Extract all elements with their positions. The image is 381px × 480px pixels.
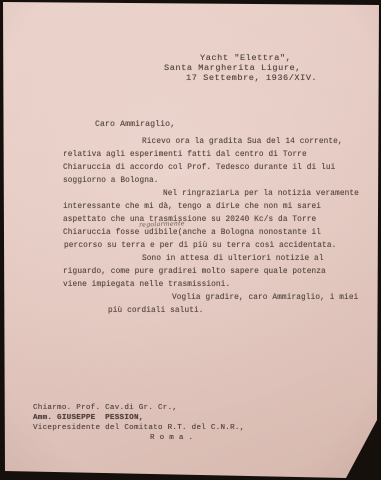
typed-line: percorso su terra e per di più su terra … [64,242,336,250]
salutation: Caro Ammiraglio, [95,120,175,129]
typed-line: Chiaruccia di accordo col Prof. Tedesco … [63,164,335,172]
typed-line: soggiorno a Bologna. [63,177,159,185]
typed-line: Ricevo ora la gradita Sua del 14 corrent… [142,138,343,146]
typed-line: Chiaruccia fosse udibile(anche a Bologna… [63,229,321,237]
letterhead-date: 17 Settembre, 1936/XIV. [186,73,317,83]
typed-line: Voglia gradire, caro Ammiraglio, i miei [172,294,358,302]
recipient-role: Vicepresidente del Comitato R.T. del C.N… [33,424,245,432]
typed-line: Nel ringraziarLa per la notizia verament… [163,190,359,198]
letterhead-yacht: Yacht "Elettra", [200,53,291,63]
handwritten-insertion: regolarmente [139,220,185,229]
typed-line: più cordiali saluti. [108,307,204,315]
typed-line: aspettato che una trasmissione su 20240 … [63,216,316,224]
typed-line: Sono in attesa di ulteriori notizie al [142,255,324,263]
typed-line: viene impiegata nelle trasmissioni. [63,281,230,289]
typed-line: relativa agli esperimenti fatti dal cent… [63,151,307,159]
recipient-name: Amm. GIUSEPPE PESSION, [33,414,144,422]
typed-line: interessante che mi dà, tengo a dirLe ch… [63,203,321,211]
recipient-city: R o m a . [150,434,193,442]
letterhead-place: Santa Margherita Ligure, [164,63,301,73]
photo-background: Yacht "Elettra", Santa Margherita Ligure… [0,0,381,480]
letter-paper: Yacht "Elettra", Santa Margherita Ligure… [0,0,381,480]
recipient-title: Chiarmo. Prof. Cav.di Gr. Cr., [33,404,177,412]
typed-line: riguardo, come pure gradirei molto saper… [63,268,326,276]
